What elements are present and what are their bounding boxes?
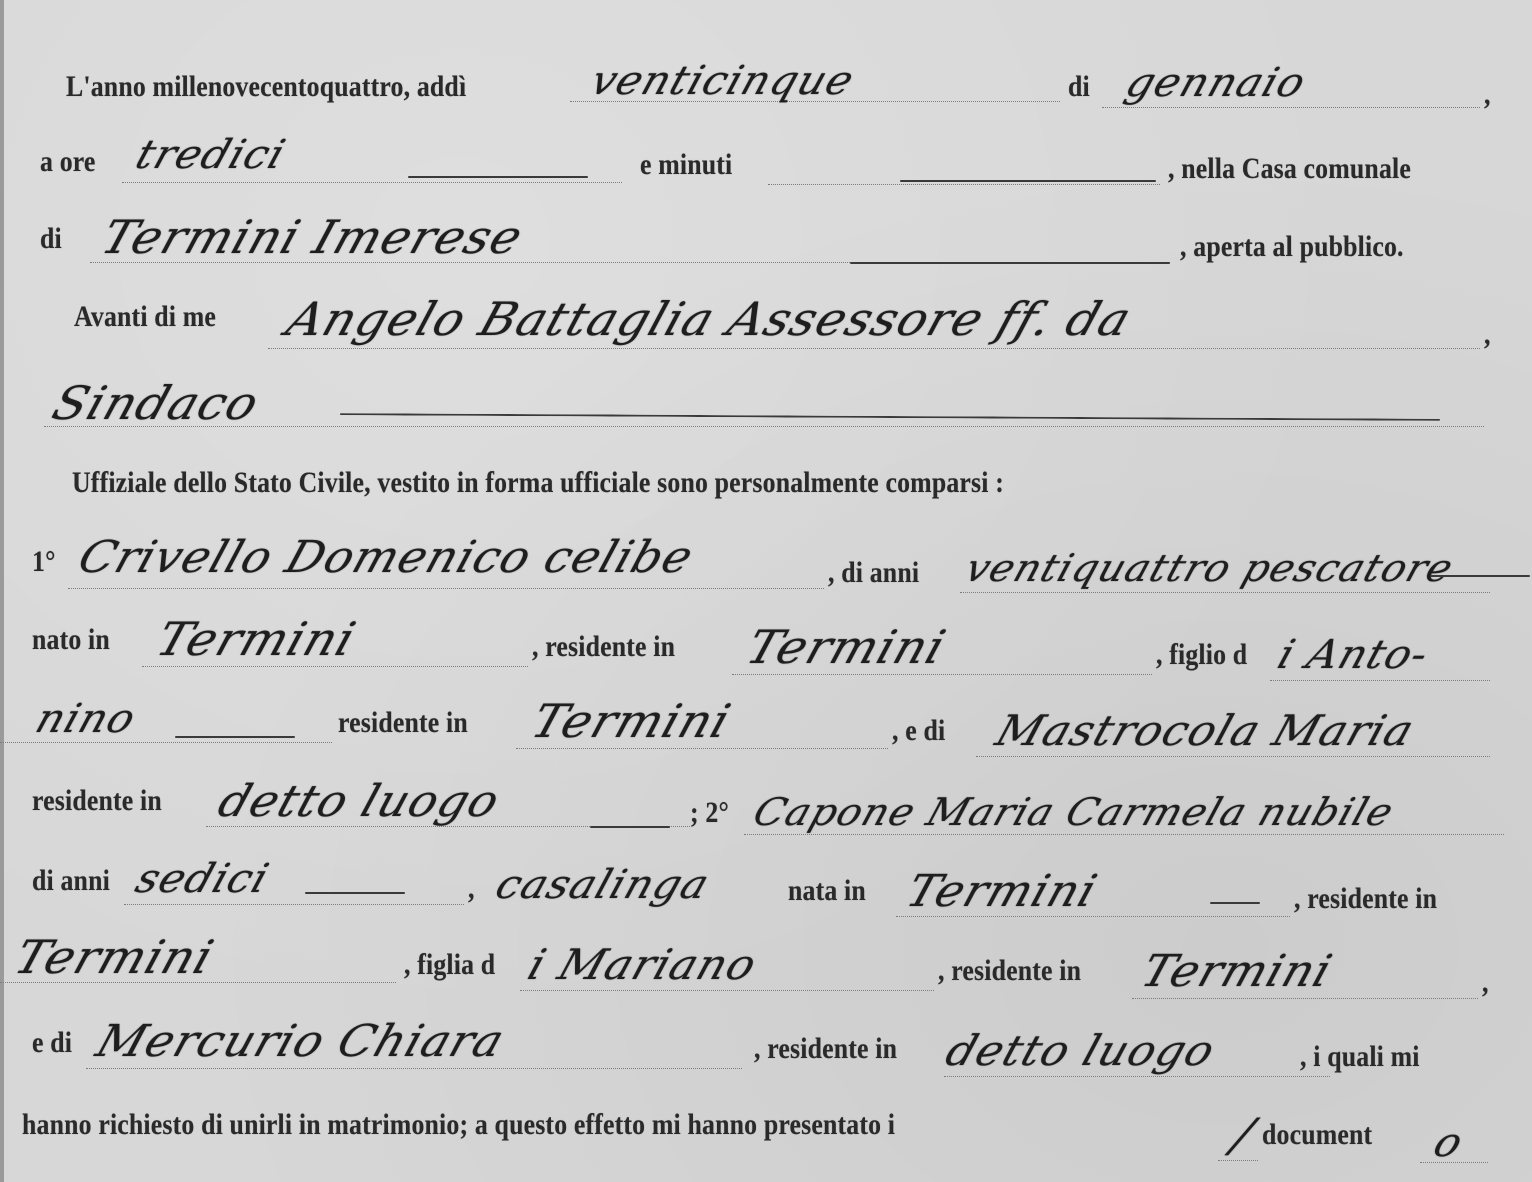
printed-e-minuti: e minuti xyxy=(640,148,732,182)
fill-line xyxy=(86,1068,742,1069)
handwritten-bride-age: sedici xyxy=(130,856,275,902)
fill-line xyxy=(768,184,1160,185)
fill-line xyxy=(744,834,1504,835)
fill-line xyxy=(0,742,332,743)
handwritten-groom-residence: Termini xyxy=(740,620,953,674)
fill-line xyxy=(142,666,528,667)
printed-e-di: , e di xyxy=(892,714,945,748)
dash-filler xyxy=(408,176,588,178)
printed-comma: , xyxy=(1484,318,1491,352)
handwritten-hour: tredici xyxy=(130,132,291,178)
fill-line xyxy=(268,348,1480,349)
fill-line xyxy=(732,674,1152,675)
printed-residente-in: , residente in xyxy=(532,630,675,664)
handwritten-groom-father: i Anto- xyxy=(1272,632,1435,678)
handwritten-groom-age-occupation: ventiquattro pescatore xyxy=(960,546,1459,590)
handwritten-role: Sindaco xyxy=(46,376,266,430)
handwritten-bride-mother: Mercurio Chiara xyxy=(90,1016,511,1067)
dash-filler xyxy=(305,892,405,894)
printed-comma: , xyxy=(468,872,475,906)
fill-line xyxy=(1270,680,1490,681)
printed-di: di xyxy=(1068,70,1090,104)
handwritten-mother-residence: detto luogo xyxy=(212,776,506,827)
printed-a-ore: a ore xyxy=(40,145,96,179)
printed-avanti-di-me: Avanti di me xyxy=(74,300,216,334)
handwritten-bride-occupation: casalinga xyxy=(490,862,715,908)
handwritten-officer-name: Angelo Battaglia Assessore ff. da xyxy=(280,292,1139,346)
dash-filler xyxy=(900,180,1156,182)
handwritten-groom-mother: Mastrocola Maria xyxy=(990,706,1421,755)
handwritten-bride-residence: Termini xyxy=(8,930,221,984)
printed-comma: , xyxy=(1484,78,1491,112)
dash-filler xyxy=(1210,902,1260,904)
printed-di: di xyxy=(40,222,62,256)
fill-line xyxy=(960,592,1490,593)
dash-filler xyxy=(590,826,670,828)
printed-1st: 1° xyxy=(32,545,56,579)
handwritten-father-cont: nino xyxy=(30,696,142,742)
handwritten-document-count: / xyxy=(1226,1108,1261,1162)
printed-nato-in: nato in xyxy=(32,623,110,657)
dash-filler xyxy=(175,736,295,738)
handwritten-document-suffix: o xyxy=(1428,1120,1469,1166)
printed-i-quali-mi: , i quali mi xyxy=(1300,1040,1420,1074)
printed-aperta-al-pubblico: , aperta al pubblico. xyxy=(1180,230,1404,264)
handwritten-father-residence: Termini xyxy=(525,694,738,748)
printed-di-anni: di anni xyxy=(32,864,110,898)
fill-line xyxy=(516,748,888,749)
handwritten-bride-father: i Mariano xyxy=(522,940,763,989)
fill-line xyxy=(976,756,1490,757)
fill-line xyxy=(124,904,464,905)
fill-line xyxy=(1132,998,1478,999)
printed-comma: , xyxy=(1482,966,1489,1000)
fill-line xyxy=(44,426,1484,427)
handwritten-bride-father-residence: Termini xyxy=(1135,946,1339,997)
fill-line xyxy=(520,990,934,991)
printed-residente-in: residente in xyxy=(338,706,468,740)
printed-figlia-di: , figlia d xyxy=(404,948,495,982)
dash-filler xyxy=(850,262,1170,264)
handwritten-town: Termini Imerese xyxy=(95,210,530,264)
printed-figlio-di: , figlio d xyxy=(1156,638,1247,672)
handwritten-day: venticinque xyxy=(585,58,860,104)
handwritten-groom-name: Crivello Domenico celibe xyxy=(72,532,700,583)
dash-filler xyxy=(340,413,1440,421)
printed-e-di: e di xyxy=(32,1026,72,1060)
scan-edge xyxy=(0,0,4,1182)
handwritten-bride-mother-residence: detto luogo xyxy=(940,1026,1222,1075)
handwritten-groom-birthplace: Termini xyxy=(150,612,363,666)
handwritten-month: gennaio xyxy=(1120,60,1312,106)
printed-residente-in: , residente in xyxy=(938,954,1081,988)
printed-residente-in: , residente in xyxy=(1294,882,1437,916)
document-page: L'anno millenovecentoquattro, addì venti… xyxy=(0,0,1532,1182)
printed-2nd: ; 2° xyxy=(690,796,729,830)
printed-residente-in: , residente in xyxy=(754,1032,897,1066)
printed-document: document xyxy=(1262,1118,1372,1152)
printed-year-text: L'anno millenovecentoquattro, addì xyxy=(66,70,466,104)
printed-casa-comunale: , nella Casa comunale xyxy=(1168,152,1411,186)
fill-line xyxy=(1102,107,1480,108)
printed-nata-in: nata in xyxy=(788,874,866,908)
handwritten-bride-name: Capone Maria Carmela nubile xyxy=(748,790,1400,834)
printed-officer-statement: Uffiziale dello Stato Civile, vestito in… xyxy=(72,466,1004,500)
handwritten-bride-birthplace: Termini xyxy=(900,866,1104,917)
printed-residente-in: residente in xyxy=(32,784,162,818)
fill-line xyxy=(68,588,824,589)
dash-filler xyxy=(1430,575,1530,577)
fill-line xyxy=(944,1076,1330,1077)
printed-request-statement: hanno richiesto di unirli in matrimonio;… xyxy=(22,1108,895,1142)
fill-line xyxy=(122,182,622,183)
printed-di-anni: , di anni xyxy=(828,556,919,590)
